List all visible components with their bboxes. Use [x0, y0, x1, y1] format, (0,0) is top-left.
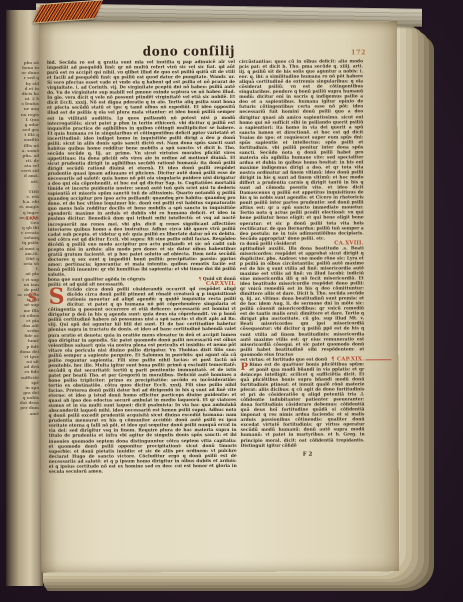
red-initial-S: S [48, 289, 65, 308]
book-page: dono conſilij 172 bid. Secūda ro est q g… [39, 21, 399, 573]
text-columns: bid. Secūda ro est q gratia sunt mla vel… [47, 59, 365, 474]
chapter-19-heading: ¶ CAP.XIX. [331, 357, 364, 362]
left-paragraph-1: bid. Secūda ro est q gratia sunt mla vel… [47, 60, 236, 278]
right-paragraph-1: circūstantias: quos cū in oībus deficit:… [239, 59, 364, 241]
left-paragraph-2: SEcūdo circa donū psilii cōsiderandū occ… [48, 287, 237, 475]
right-heading-line-18: ra donū psilii cōsiderat CA.XVIII. [240, 241, 364, 247]
heading-line-text: est virtus: et fortitudo que est donū [240, 357, 327, 362]
gutter-red-initial-fragment: S [28, 292, 37, 305]
left-paragraph-2-text: Ecūdo circa donū psilii cōsiderandū occu… [48, 287, 237, 475]
chapter-18-heading: CA.XVIII. [334, 241, 363, 246]
gutter-red-heading-fragment: A.XV. [24, 216, 38, 222]
chapter-17-heading: CAP.XVII. [206, 282, 236, 287]
red-initial-P: P [240, 363, 248, 372]
quire-signature-mark: F 2 [303, 452, 365, 457]
running-title: dono conſilij [39, 43, 339, 59]
gutter-text-fragments: pbo oñ bono in oc dono r sed q by sid d … [10, 60, 39, 416]
left-heading-line-2: psilii: et ad quid sit necessariū. CAP.X… [48, 282, 236, 288]
right-paragraph-3-text: Rimo est de quattuor bonis pficiētibus s… [240, 362, 364, 448]
right-text-column: circūstantias: quos cū in oībus deficit:… [239, 59, 365, 473]
photo-background: pbo oñ bono in oc dono r sed q by sid d … [0, 0, 463, 602]
right-paragraph-3: PRimo est de quattuor bonis pficiētibus … [240, 362, 364, 448]
left-text-column: bid. Secūda ro est q gratia sunt mla vel… [47, 60, 237, 475]
gutter-page-strip: pbo oñ bono in oc dono r sed q by sid d … [6, 10, 43, 586]
red-pen-stroke [365, 359, 391, 360]
heading-line-text: ra donū psilii cōsiderat [240, 241, 297, 246]
right-heading-line-19: est virtus: et fortitudo que est donū ¶ … [240, 357, 364, 363]
heading-line-text: psilii: et ad quid sit necessariū. [48, 282, 125, 287]
folio-number: 172 [351, 48, 366, 56]
right-paragraph-2: aptitudinē auxilii. Illa dona beatitudo … [240, 246, 364, 358]
